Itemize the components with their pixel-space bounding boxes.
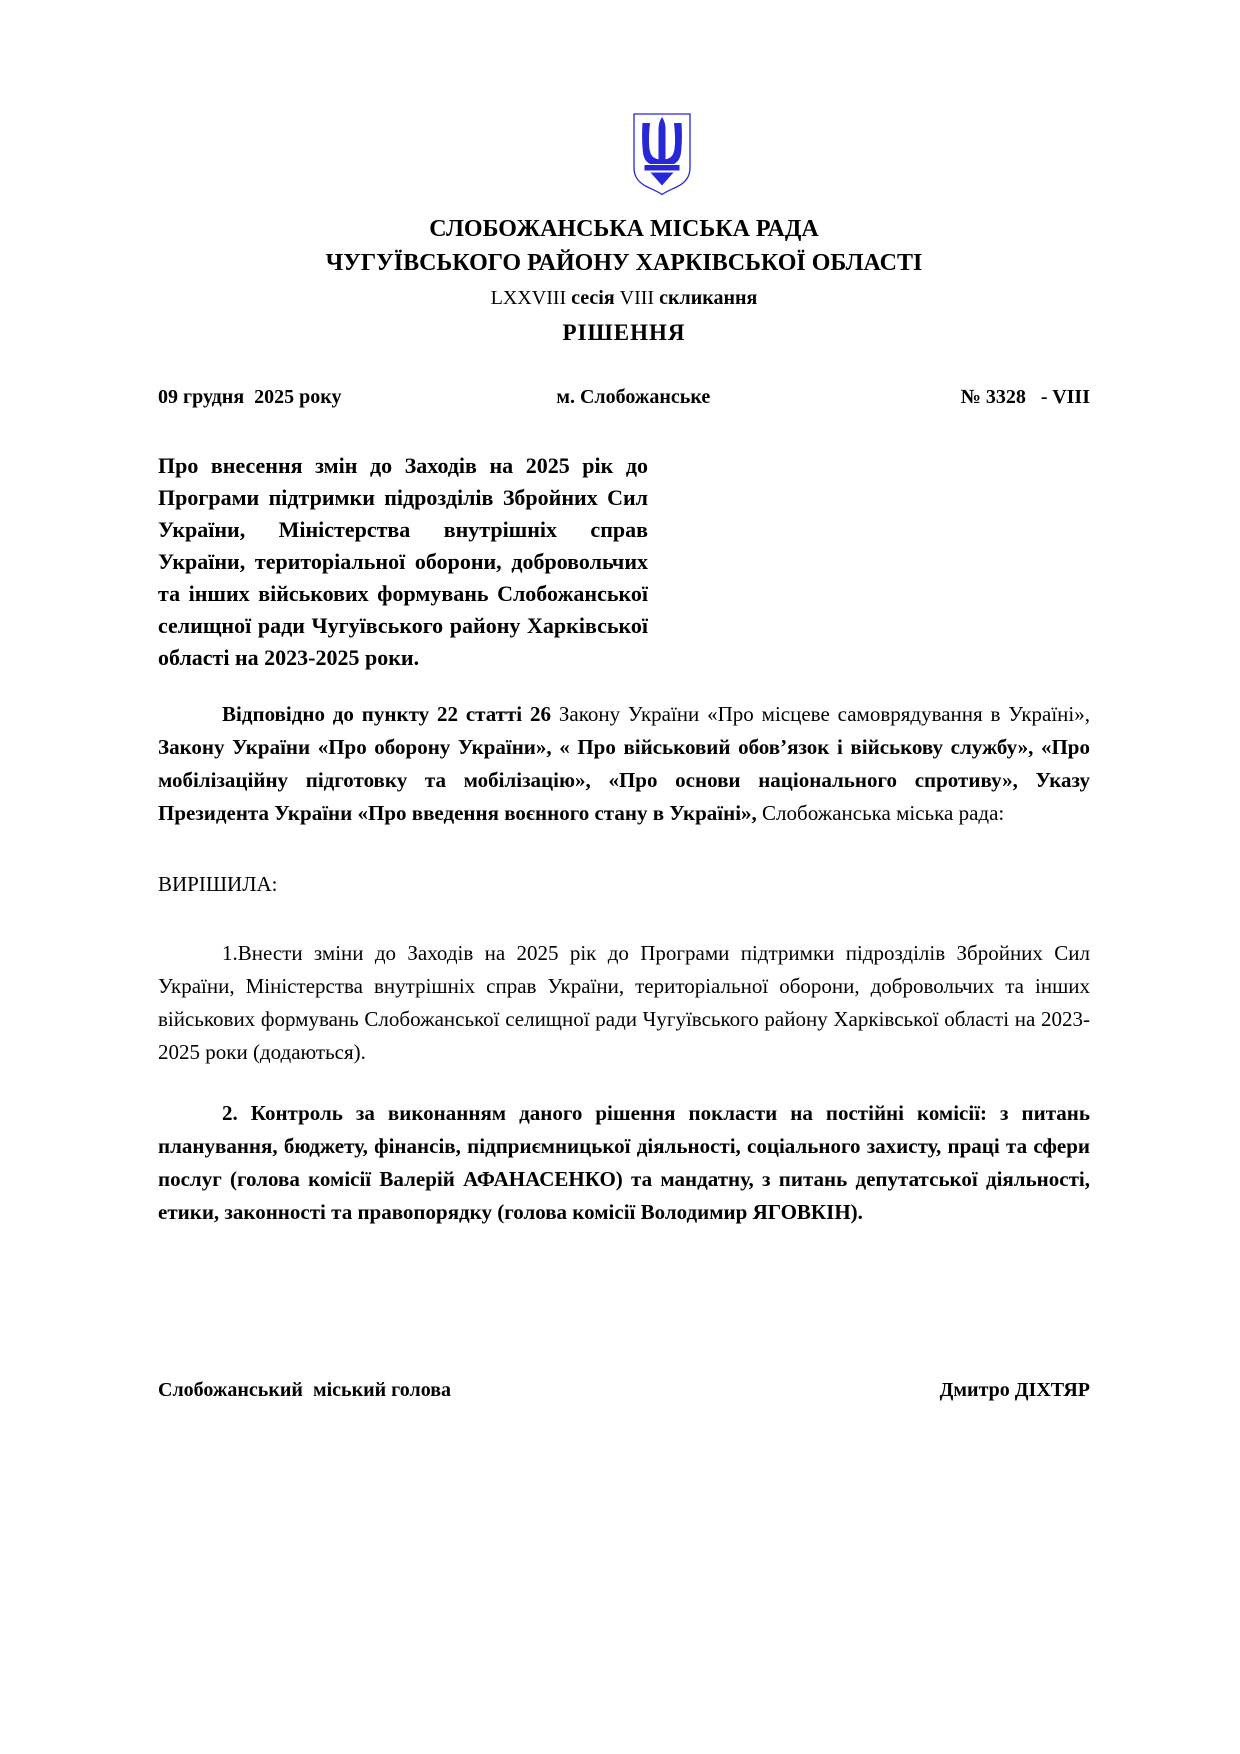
ukraine-trident-shield-icon xyxy=(631,112,693,196)
decision-subject: Про внесення змін до Заходів на 2025 рік… xyxy=(158,450,648,674)
preamble-regular-1: Закону України «Про місцеве самоврядуван… xyxy=(551,702,1090,726)
decision-item-2: 2. Контроль за виконанням даного рішення… xyxy=(158,1097,1090,1229)
document-place: м. Слобожанське xyxy=(494,384,774,410)
session-line: LXXVIII сесія VIII скликання xyxy=(158,282,1090,314)
session-word-2: скликання xyxy=(654,287,757,309)
org-name-line1: СЛОБОЖАНСЬКА МІСЬКА РАДА xyxy=(158,212,1090,246)
signature-row: Слобожанський міський голова Дмитро ДІХТ… xyxy=(158,1377,1090,1403)
org-name-line2: ЧУГУЇВСЬКОГО РАЙОНУ ХАРКІВСЬКОЇ ОБЛАСТІ xyxy=(158,246,1090,280)
document-type-title: РІШЕННЯ xyxy=(158,318,1090,348)
decision-item-1: 1.Внести зміни до Заходів на 2025 рік до… xyxy=(158,937,1090,1069)
preamble-paragraph: Відповідно до пункту 22 статті 26 Закону… xyxy=(158,698,1090,830)
meta-row: 09 грудня 2025 року м. Слобожанське № 33… xyxy=(158,384,1090,410)
emblem-container xyxy=(158,112,1090,198)
signer-position: Слобожанський міський голова xyxy=(158,1377,451,1403)
signer-name: Дмитро ДІХТЯР xyxy=(940,1377,1090,1403)
session-word-1: сесія xyxy=(566,287,620,309)
document-number: № 3328 - VIII xyxy=(773,384,1090,410)
session-numeral-1: LXXVIII xyxy=(491,287,567,309)
preamble-regular-2: Слобожанська міська рада: xyxy=(762,801,1004,825)
session-numeral-2: VIII xyxy=(620,287,654,309)
decision-document-page: СЛОБОЖАНСЬКА МІСЬКА РАДА ЧУГУЇВСЬКОГО РА… xyxy=(0,0,1240,1754)
document-date: 09 грудня 2025 року xyxy=(158,384,494,410)
resolved-heading: ВИРІШИЛА: xyxy=(158,868,1090,901)
preamble-bold-lead: Відповідно до пункту 22 статті 26 xyxy=(222,702,551,726)
